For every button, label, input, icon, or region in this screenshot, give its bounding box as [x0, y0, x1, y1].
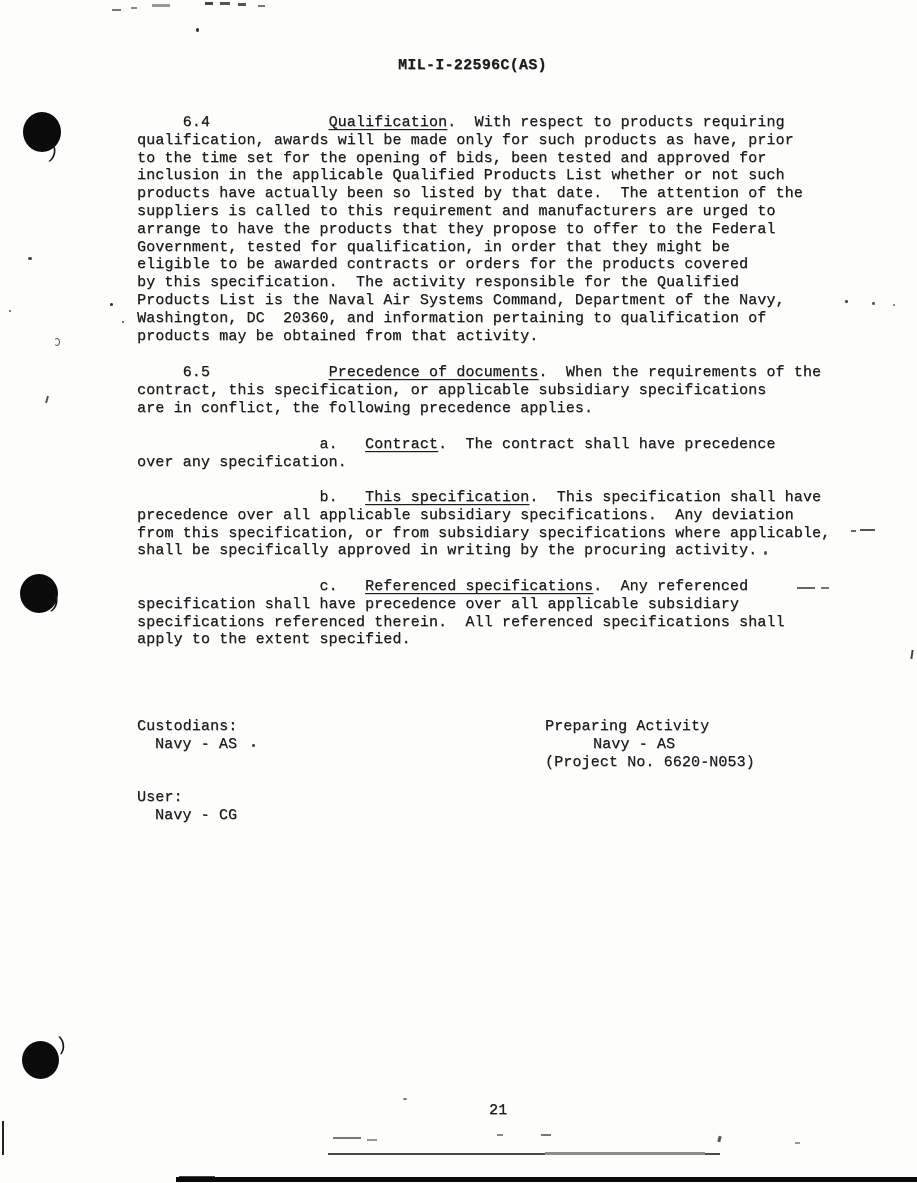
- item-c-letter: c.: [137, 578, 365, 595]
- preparing-activity-label: Preparing Activity: [545, 718, 709, 736]
- scan-artifact: [797, 587, 815, 589]
- section-6-4-title: Qualification: [329, 114, 448, 131]
- scan-artifact: [795, 1142, 800, 1144]
- scan-speck: [403, 1098, 407, 1100]
- item-a-letter: a.: [137, 436, 365, 453]
- scan-speck: [54, 338, 60, 346]
- item-a: a. Contract. The contract shall have pre…: [137, 436, 877, 472]
- scan-speck: [110, 303, 113, 306]
- hole-punch-mark: [22, 1041, 59, 1079]
- hole-punch-tail: ): [55, 1033, 69, 1056]
- scan-speck: [252, 744, 255, 747]
- page-footer-rule-shadow: [545, 1152, 705, 1155]
- scan-artifact: [860, 529, 875, 531]
- scan-artifact: [112, 9, 121, 11]
- scan-speck: [910, 650, 913, 659]
- scan-artifact: [497, 1134, 503, 1136]
- scan-speck: [9, 310, 11, 312]
- section-6-5-title: Precedence of documents: [329, 364, 539, 381]
- page-number: 21: [489, 1102, 507, 1120]
- scan-artifact: [258, 5, 265, 7]
- scan-speck: [28, 257, 32, 260]
- scan-artifact: [152, 4, 170, 7]
- scan-speck: [196, 28, 199, 32]
- scan-artifact: [541, 1134, 551, 1136]
- section-6-5: 6.5 Precedence of documents. When the re…: [137, 364, 877, 417]
- scan-artifact: [205, 2, 213, 5]
- project-number: (Project No. 6620-N053): [545, 754, 755, 772]
- section-6-5-number: 6.5: [137, 364, 329, 381]
- scan-speck: [45, 396, 49, 403]
- scan-artifact: [821, 587, 829, 589]
- scan-artifact: [131, 7, 137, 9]
- scan-artifact: [367, 1139, 377, 1141]
- item-c-title: Referenced specifications: [365, 578, 593, 595]
- section-6-4-body: . With respect to products requiring qua…: [137, 114, 803, 345]
- scan-artifact: [333, 1137, 361, 1139]
- item-b-letter: b.: [137, 489, 365, 506]
- item-b: b. This specification. This specificatio…: [137, 489, 877, 560]
- section-6-4-number: 6.4: [137, 114, 329, 131]
- custodians-label: Custodians:: [137, 718, 237, 736]
- scan-artifact: [238, 3, 246, 6]
- scan-artifact: [2, 1121, 4, 1155]
- scan-speck: [893, 304, 895, 306]
- bottom-edge-bar: [176, 1177, 917, 1182]
- scan-speck: [122, 321, 124, 323]
- user-value: Navy - CG: [155, 807, 237, 825]
- item-c: c. Referenced specifications. Any refere…: [137, 578, 877, 649]
- document-header: MIL-I-22596C(AS): [398, 57, 547, 75]
- user-label: User:: [137, 789, 183, 807]
- scan-speck: [764, 551, 767, 555]
- scan-speck: [845, 300, 848, 303]
- scan-artifact: [220, 2, 230, 5]
- scan-speck: [717, 1136, 721, 1143]
- item-b-title: This specification: [365, 489, 529, 506]
- item-a-title: Contract: [365, 436, 438, 453]
- preparing-activity-value: Navy - AS: [593, 736, 675, 754]
- scan-artifact: [851, 530, 856, 532]
- scan-speck: [872, 302, 875, 305]
- scanned-document-page: MIL-I-22596C(AS) 6.4 Qualification. With…: [0, 0, 917, 1183]
- custodians-value: Navy - AS: [155, 736, 237, 754]
- section-6-4: 6.4 Qualification. With respect to produ…: [137, 114, 877, 345]
